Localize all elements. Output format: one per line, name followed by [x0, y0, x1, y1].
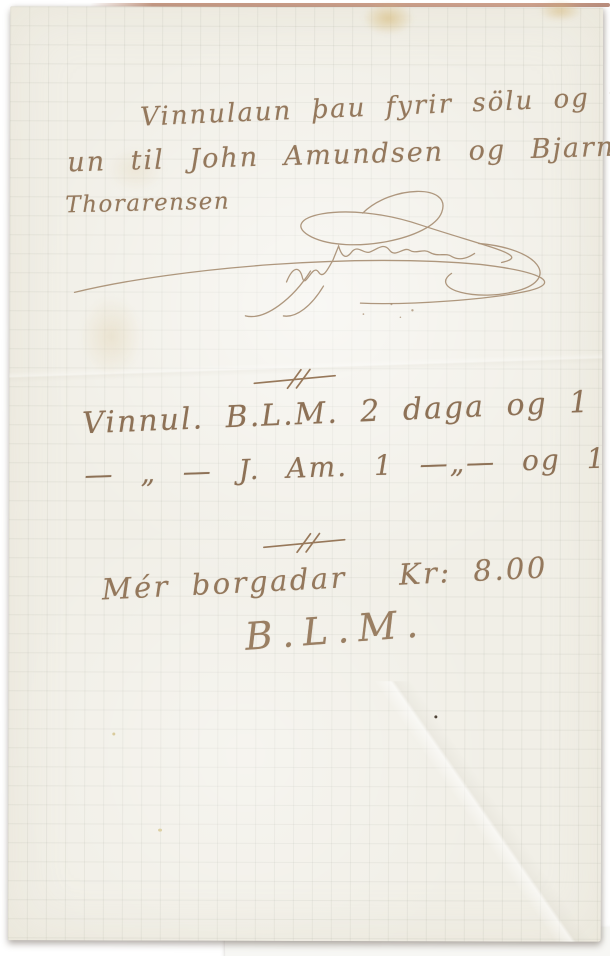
paper-crease	[361, 681, 602, 942]
signature-initials: B.L.M.	[243, 601, 428, 659]
signature-flourish	[60, 184, 560, 355]
header-line-1: Vinnulaun þau fyrir sölu og vökur	[140, 79, 610, 133]
header-line-2: un til John Amundsen og Bjarnes	[67, 131, 610, 179]
paper-stain	[362, 1, 414, 35]
entry-line-2: — „ — J. Am. 1 —„— og 1 —	[84, 440, 610, 492]
paper-speck	[112, 732, 115, 735]
payment-label: Mér borgadar	[101, 560, 348, 606]
ditto-separator-icon	[249, 365, 342, 394]
paper-stain	[538, 0, 582, 22]
entry-line-1: Vinnul. B.L.M. 2 daga og 1 nótt	[82, 381, 610, 442]
ink-speck	[434, 715, 437, 718]
ditto-separator-icon	[258, 530, 351, 559]
manuscript-page: Vinnulaun þau fyrir sölu og vökur un til…	[8, 6, 603, 942]
payment-amount: Kr: 8.00	[398, 550, 549, 591]
scanned-document-photo: { "document": { "kind": "handwritten rec…	[0, 0, 610, 956]
payment-line: Mér borgadarKr: 8.00	[101, 550, 549, 606]
paper-speck	[158, 829, 162, 832]
